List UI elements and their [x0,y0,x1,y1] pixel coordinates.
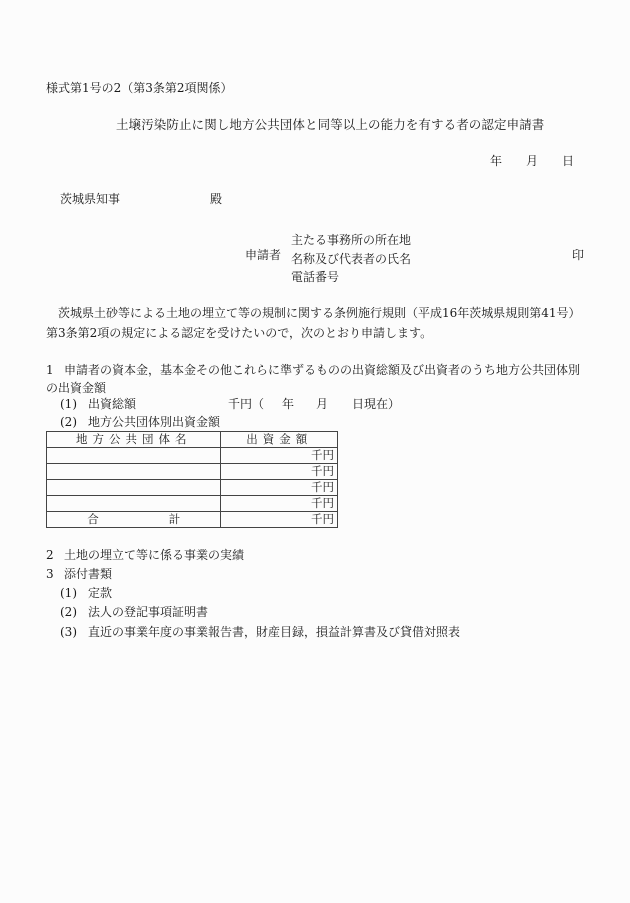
addressee-honorific: 殿 [210,193,222,205]
section-3: 3添付書類 [46,568,112,580]
amount-cell[interactable]: 千円 [221,448,338,464]
total-amount-cell[interactable]: 千円 [221,512,338,528]
year-label: 年 [282,397,294,411]
total-label-right: 計 [169,512,181,527]
applicant-fields: 主たる事務所の所在地 名称及び代表者の氏名 電話番号 [291,231,411,287]
entity-name-cell[interactable] [47,480,221,496]
entity-name-cell[interactable] [47,448,221,464]
body-paragraph: 茨城県土砂等による土地の埋立て等の規制に関する条例施行規則（平成16年茨城県規則… [46,303,591,343]
section-1-number: 1 [46,361,64,379]
section-3-text: 添付書類 [64,567,112,581]
section-2-number: 2 [46,549,64,561]
item-label: 地方公共団体別出資金額 [88,415,220,429]
amount-cell[interactable]: 千円 [221,464,338,480]
day-label: 日 [562,155,574,167]
table-header-row: 地方公共団体名 出資金額 [47,432,338,448]
table-row: 千円 [47,464,338,480]
form-number: 様式第1号の2（第3条第2項関係） [46,82,233,94]
document-title: 土壌汚染防止に関し地方公共団体と同等以上の能力を有する者の認定申請書 [116,119,544,132]
section-1: 1申請者の資本金，基本金その他これらに準ずるものの出資総額及び出資者のうち地方公… [46,361,591,397]
section-3-number: 3 [46,568,64,580]
header-entity-name: 地方公共団体名 [47,432,221,448]
item-label: 出資総額 [88,398,228,410]
month-label: 月 [316,397,328,411]
item-number: (1) [60,398,88,410]
attachment-text: 法人の登記事項証明書 [88,605,208,619]
item-number: (2) [60,416,88,428]
table-row: 千円 [47,448,338,464]
attachment-text: 定款 [88,586,112,600]
month-label: 月 [526,155,538,167]
addressee: 茨城県知事 殿 [60,193,120,205]
attachment-text: 直近の事業年度の事業報告書，財産目録，損益計算書及び貸借対照表 [88,625,460,639]
total-label-left: 合 [87,512,99,527]
date-line: 年月日 [490,155,574,167]
applicant-phone-field: 電話番号 [291,268,411,287]
header-amount: 出資金額 [221,432,338,448]
year-label: 年 [490,155,502,167]
unit-open: 千円（ [228,397,264,411]
amount-cell[interactable]: 千円 [221,480,338,496]
attachment-item: (1)定款 [60,587,112,599]
entity-name-cell[interactable] [47,496,221,512]
day-as-of: 日現在） [352,397,400,411]
section-1-item-2: (2)地方公共団体別出資金額 [60,416,220,428]
attachment-number: (1) [60,587,88,599]
applicant-address-field: 主たる事務所の所在地 [291,231,411,250]
attachment-item: (3)直近の事業年度の事業報告書，財産目録，損益計算書及び貸借対照表 [60,626,460,638]
seal-mark: 印 [572,249,584,261]
table-total-row: 合計 千円 [47,512,338,528]
amount-cell[interactable]: 千円 [221,496,338,512]
table-row: 千円 [47,496,338,512]
addressee-name: 茨城県知事 [60,192,120,206]
total-label: 合計 [47,512,221,528]
attachment-number: (2) [60,606,88,618]
section-1-item-1: (1)出資総額千円（年月日現在） [60,398,400,410]
table-row: 千円 [47,480,338,496]
section-1-text: 申請者の資本金，基本金その他これらに準ずるものの出資総額及び出資者のうち地方公共… [46,363,580,395]
attachment-item: (2)法人の登記事項証明書 [60,606,208,618]
investment-table: 地方公共団体名 出資金額 千円 千円 千円 千円 合計 千円 [46,431,338,528]
applicant-label: 申請者 [245,249,281,261]
section-2: 2土地の埋立て等に係る事業の実績 [46,549,244,561]
applicant-name-field: 名称及び代表者の氏名 [291,250,411,269]
section-2-text: 土地の埋立て等に係る事業の実績 [64,548,244,562]
attachment-number: (3) [60,626,88,638]
entity-name-cell[interactable] [47,464,221,480]
